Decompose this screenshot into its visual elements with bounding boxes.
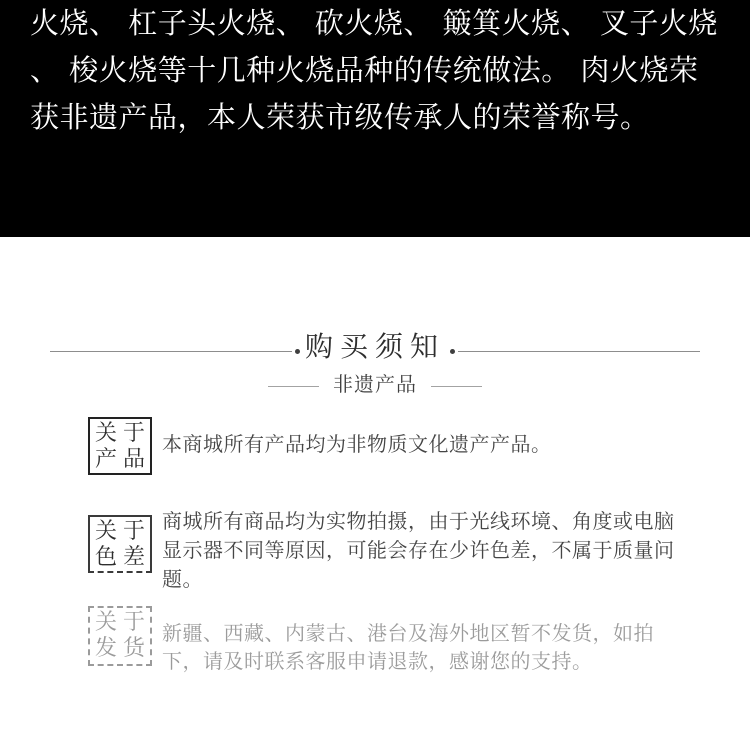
note-text-line: 显示器不同等原因，可能会存在少许色差，不属于质量问 <box>162 536 710 565</box>
heritage-subheader: 非遗产品 <box>0 373 750 395</box>
note-text-line: 下，请及时联系客服申请退款，感谢您的支持。 <box>162 647 710 675</box>
intro-text-line-1: 火烧、 杠子头火烧、 砍火烧、 簸箕火烧、 叉子火烧 <box>30 0 750 47</box>
stamp-label-top: 关于 <box>95 421 145 447</box>
note-about-product: 本商城所有产品均为非物质文化遗产产品。 <box>162 430 710 458</box>
intro-text-line-2: 、 梭火烧等十几种火烧品种的传统做法。 肉火烧荣 <box>30 47 750 94</box>
note-text-line: 题。 <box>162 565 710 594</box>
intro-text-line-3: 获非遗产品，本人荣获市级传承人的荣誉称号。 <box>30 94 750 141</box>
note-text-line: 本商城所有产品均为非物质文化遗产产品。 <box>162 430 710 458</box>
note-text-line: 商城所有商品均为实物拍摄，由于光线环境、角度或电脑 <box>162 507 710 536</box>
stamp-about-color-difference: 关于 色差 <box>88 515 152 573</box>
product-detail-page: 火烧、 杠子头火烧、 砍火烧、 簸箕火烧、 叉子火烧 、 梭火烧等十几种火烧品种… <box>0 0 750 730</box>
stamp-label-bottom: 产品 <box>95 447 145 473</box>
subtitle-line-left <box>268 386 319 387</box>
note-text-line: 新疆、西藏、内蒙古、港台及海外地区暂不发货，如拍 <box>162 619 710 647</box>
stamp-about-shipping: 关于 发货 <box>88 606 152 666</box>
stamp-label-bottom: 色差 <box>95 545 145 571</box>
note-about-color-difference: 商城所有商品均为实物拍摄，由于光线环境、角度或电脑 显示器不同等原因，可能会存在… <box>162 507 710 594</box>
intro-banner: 火烧、 杠子头火烧、 砍火烧、 簸箕火烧、 叉子火烧 、 梭火烧等十几种火烧品种… <box>0 0 750 237</box>
divider-dot-left-icon <box>295 349 300 354</box>
purchase-notice-title: 购买须知 <box>305 332 445 362</box>
stamp-label-top: 关于 <box>95 610 145 636</box>
stamp-label-top: 关于 <box>95 519 145 545</box>
divider-line-right <box>458 351 700 352</box>
subtitle-line-right <box>431 386 482 387</box>
purchase-notice-header: 购买须知 <box>50 332 700 362</box>
divider-line-left <box>50 351 292 352</box>
stamp-label-bottom: 发货 <box>95 636 145 662</box>
divider-dot-right-icon <box>450 349 455 354</box>
note-about-shipping: 新疆、西藏、内蒙古、港台及海外地区暂不发货，如拍 下，请及时联系客服申请退款，感… <box>162 619 710 675</box>
heritage-subtitle: 非遗产品 <box>333 373 417 395</box>
stamp-about-product: 关于 产品 <box>88 417 152 475</box>
